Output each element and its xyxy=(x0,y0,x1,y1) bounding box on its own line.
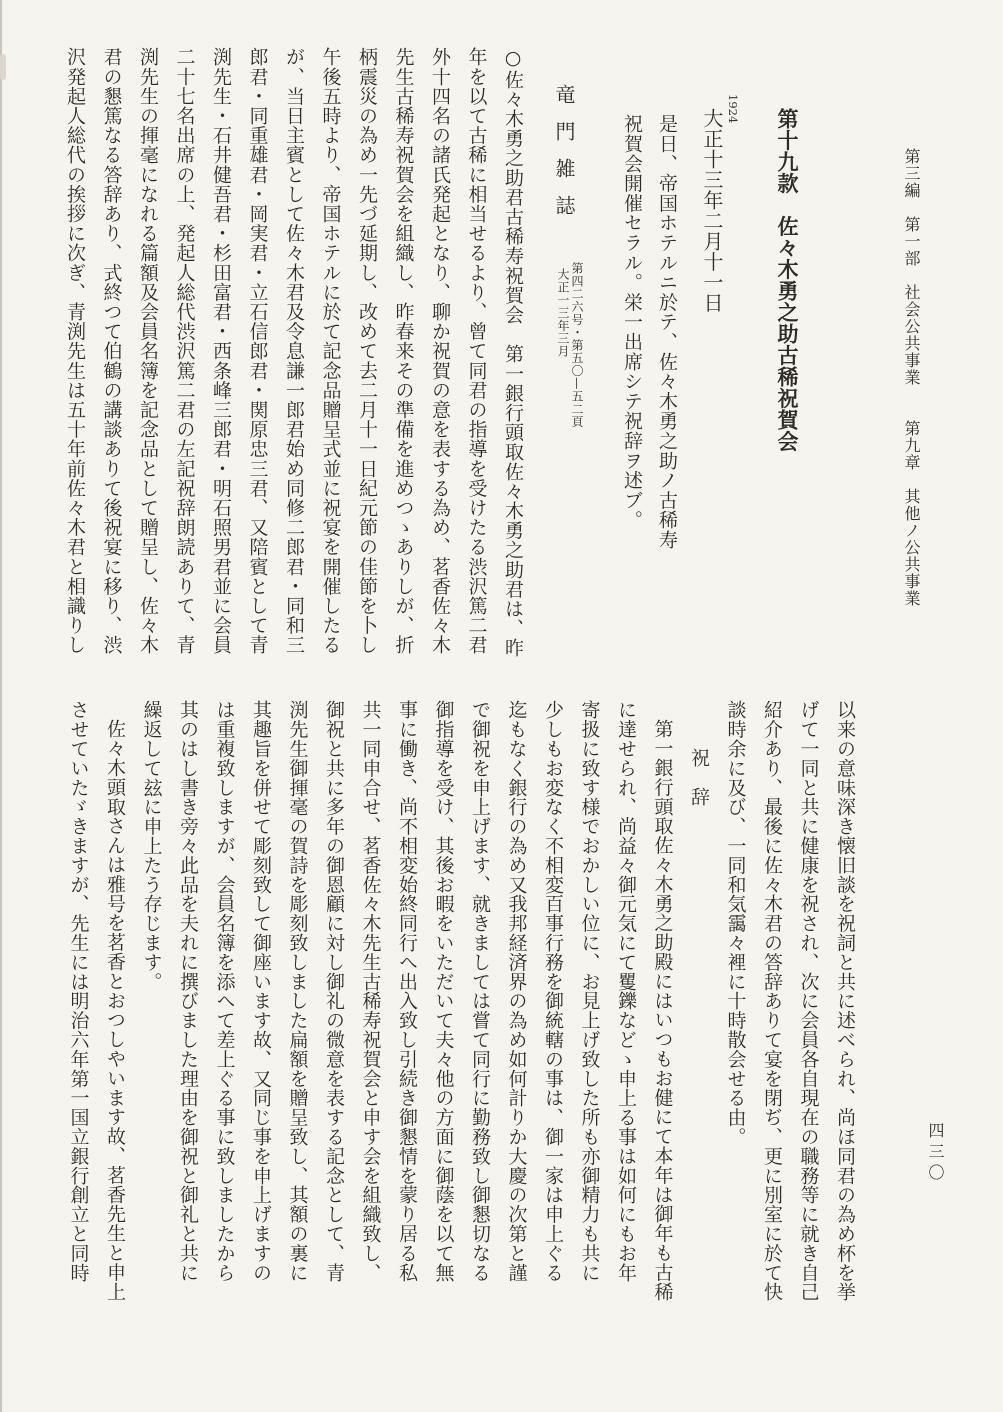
report-column: げて一同と共に健康を祝され、次に会員各自現在の職務等に就き自己 xyxy=(790,700,827,1360)
report-column: 年を以て古稀に相当せるより、曾て同君の指導を受けたる渋沢篤二君 xyxy=(458,47,495,687)
source-issue-date: 大正一三年三月 xyxy=(555,268,572,358)
report-column: が、当日主賓として佐々木君及令息謙一郎君始め同修二郎君・同和三 xyxy=(276,47,313,687)
address-column: で御祝を申上げます、就きましては嘗て同行に勤務致し御懇切なる xyxy=(462,700,499,1360)
report-column: 君の懇篤なる答辞あり、式終つて伯鶴の講談ありて後祝宴に移り、渋 xyxy=(93,47,130,687)
address-column: 佐々木頭取さんは雅号を茗香とおつしやいます故、茗香先生と申上 xyxy=(97,700,134,1360)
report-column: 外十四名の諸氏発起となり、聊か祝賀の意を表する為め、茗香佐々木 xyxy=(422,47,459,687)
report-column: 談時余に及び、一同和気靄々裡に十時散会せる由。 xyxy=(717,700,754,1360)
scanned-book-page: 第三編 第一部 社会公共事業 第九章 其他ノ公共事業 四三〇 第十九款 佐々木勇… xyxy=(0,0,1003,1412)
address-column: させていたゞきますが、先生には明治六年第一国立銀行創立と同時 xyxy=(60,700,97,1360)
page-edge-shadow xyxy=(0,0,2,1412)
date-line: 大正十三年二月十一日 xyxy=(698,108,727,313)
scan-smudge xyxy=(0,54,6,80)
running-head: 第三編 第一部 社会公共事業 第九章 其他ノ公共事業 xyxy=(900,148,923,607)
address-column: 其のはし書き旁々此品を夫れに撰びました理由を御祝と御礼と共に xyxy=(170,700,207,1360)
address-column: 少しもお変なく不相変百事行務を御統轄の事は、御一家は申上ぐる xyxy=(535,700,572,1360)
western-year-label: 1924 xyxy=(726,94,740,123)
address-column: 迄もなく銀行の為め又我邦経済界の為め如何計りか大慶の次第と謹 xyxy=(498,700,535,1360)
address-column: 繰返して玆に申上たう存じます。 xyxy=(133,700,170,1360)
address-column: 寄扱に致す様でおかしい位に、お見上げ致した所も亦御精力も共に xyxy=(571,700,608,1360)
address-heading: 祝 辞 xyxy=(681,700,718,1360)
report-column: ○佐々木勇之助君古稀寿祝賀会 第一銀行頭取佐々木勇之助君は、昨 xyxy=(495,47,532,687)
report-column: 紹介あり、最後に佐々木君の答辞ありて宴を閉ぢ、更に別室に於て快 xyxy=(754,700,791,1360)
address-column: 共一同申合せ、茗香佐々木先生古稀寿祝賀会と申す会を組織致し、 xyxy=(352,700,389,1360)
report-column: 以来の意味深き懐旧談を祝詞と共に述べられ、尚ほ同君の為め杯を挙 xyxy=(827,700,864,1360)
report-column: 郎君・同重雄君・岡実君・立石信郎君・関原忠三君、又陪賓として青 xyxy=(239,47,276,687)
address-column: 第一銀行頭取佐々木勇之助殿にはいつもお健にて本年は御年も古稀 xyxy=(644,700,681,1360)
report-column: 渕先生・石井健吾君・杉田富君・西条峰三郎君・明石照男君並に会員 xyxy=(203,47,240,687)
address-column: 渕先生御揮毫の賀詩を彫刻致しました扁額を贈呈致し、其額の裏に xyxy=(279,700,316,1360)
section-title: 第十九款 佐々木勇之助古稀祝賀会 xyxy=(772,108,802,452)
report-column: 二十七名出席の上、発起人総代渋沢篤二君の左記祝辞朗読ありて、青 xyxy=(166,47,203,687)
report-column: 午後五時より、帝国ホテルに於て記念品贈呈式並に祝宴を開催したる xyxy=(312,47,349,687)
report-column: 先生古稀寿祝賀会を組織し、昨春来その準備を進めつゝありしが、折 xyxy=(385,47,422,687)
address-column: 御祝と共に多年の御恩顧に対し御礼の微意を表する記念として、青 xyxy=(316,700,353,1360)
summary-column: 是日、帝国ホテルニ於テ、佐々木勇之助ノ古稀寿 xyxy=(654,114,681,550)
report-text-block: ○佐々木勇之助君古稀寿祝賀会 第一銀行頭取佐々木勇之助君は、昨 年を以て古稀に相… xyxy=(57,47,532,687)
report-column: 柄震災の為め一先づ延期し、改めて去二月十一日紀元節の佳節を卜し xyxy=(349,47,386,687)
address-column: は重複致しますが、会員名簿を添へて差上ぐる事に致しましたから xyxy=(206,700,243,1360)
address-column: に達せられ、尚益々御元気にて矍鑠などゝ申上る事は如何にもお年 xyxy=(608,700,645,1360)
address-column: 其趣旨を併せて彫刻致して御座います故、又同じ事を申上げますの xyxy=(243,700,280,1360)
summary-column: 祝賀会開催セラル。栄一出席シテ祝辞ヲ述ブ。 xyxy=(619,114,646,530)
report-column: 渕先生の揮毫になれる篇額及会員名簿を記念品として贈呈し、佐々木 xyxy=(130,47,167,687)
report-column: 沢発起人総代の挨拶に次ぎ、青渕先生は五十年前佐々木君と相識りし xyxy=(57,47,94,687)
address-text-block: 以来の意味深き懐旧談を祝詞と共に述べられ、尚ほ同君の為め杯を挙 げて一同と共に健… xyxy=(60,700,863,1360)
address-column: 事に働き、尚不相変始終同行へ出入致し引続き御懇情を蒙り居る私 xyxy=(389,700,426,1360)
page-number: 四三〇 xyxy=(924,1122,947,1185)
source-publication: 竜門雑誌 xyxy=(550,84,579,232)
address-column: 御指導を受け、其後お暇をいただいて夫々他の方面に御蔭を以て無 xyxy=(425,700,462,1360)
